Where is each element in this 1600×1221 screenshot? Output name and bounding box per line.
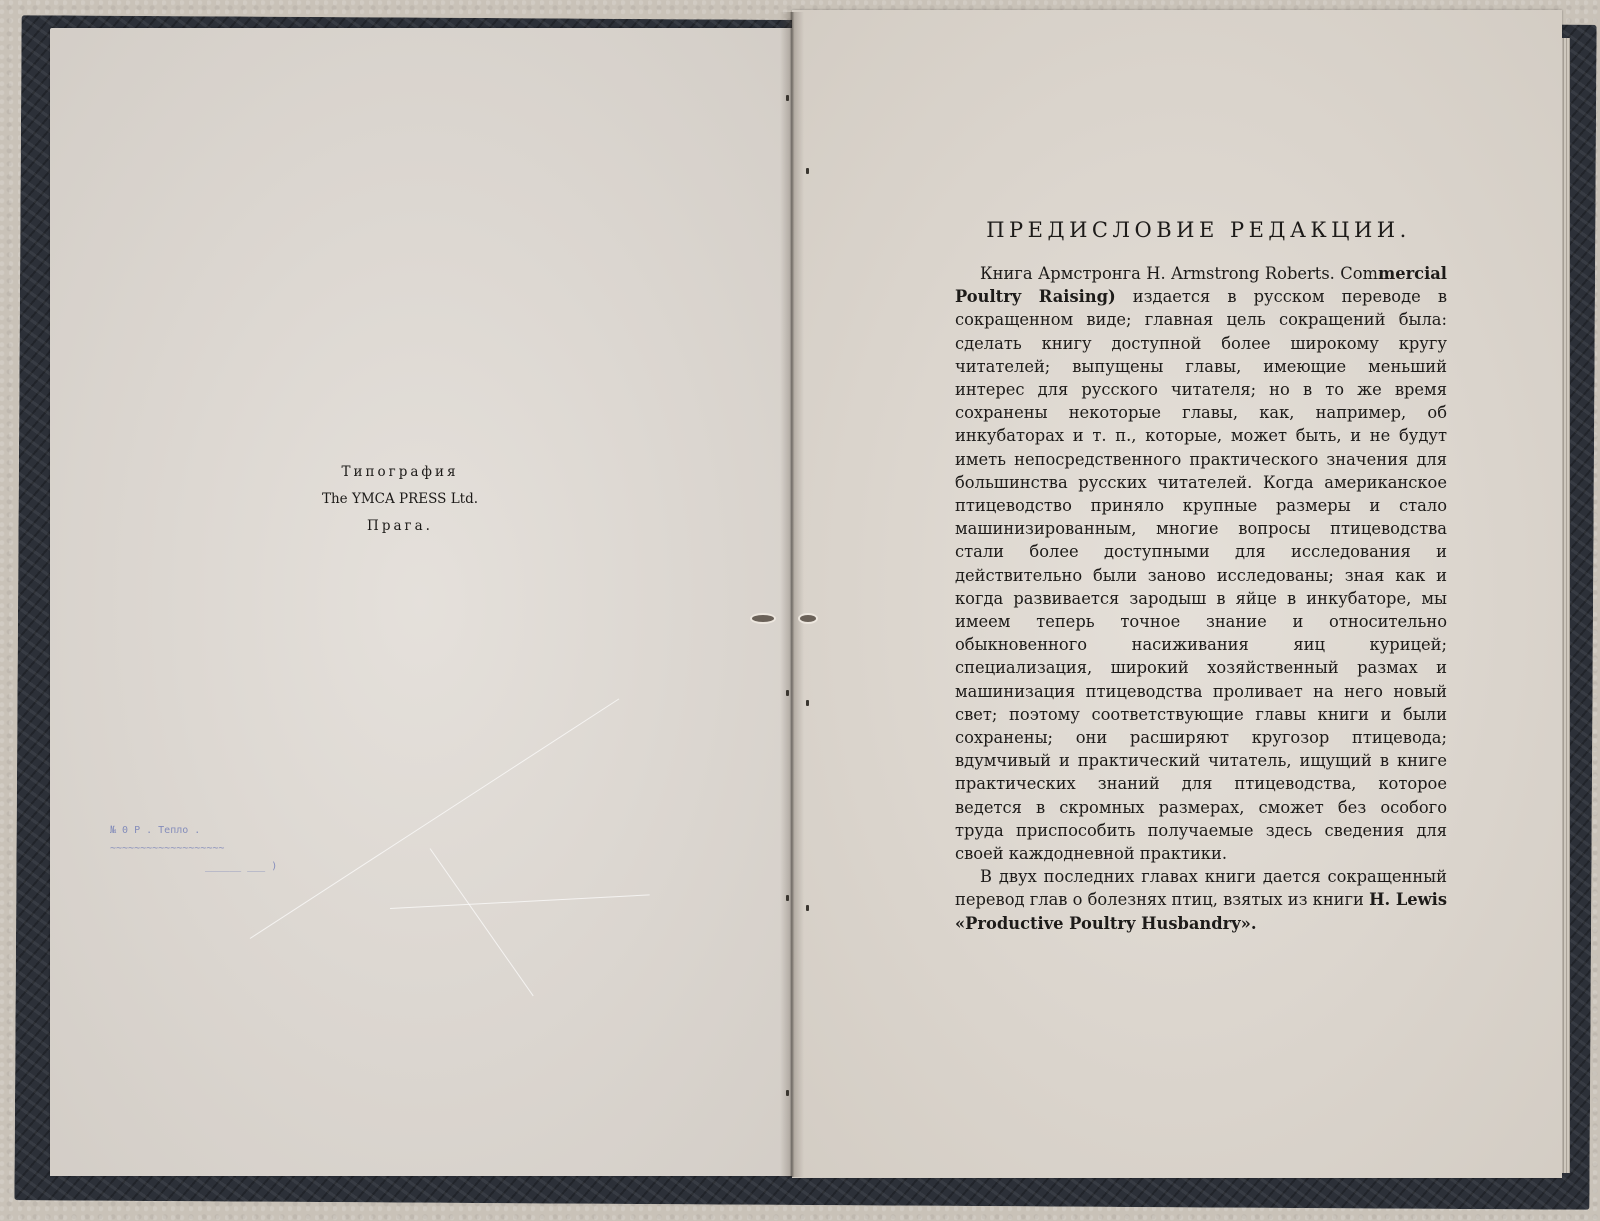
preface-paragraph-1: Книга Армстронга H. Armstrong Roberts. C… [955, 262, 1447, 865]
preface-body: Книга Армстронга H. Armstrong Roberts. C… [955, 262, 1447, 935]
book-spine-gutter [780, 12, 804, 1177]
binding-stitch [806, 168, 809, 174]
imprint-line-publisher: The YMCA PRESS Ltd. [300, 486, 500, 513]
paper-crease [250, 698, 620, 938]
binding-stitch [786, 690, 789, 696]
binding-stitch [786, 895, 789, 901]
binding-stitch [786, 1090, 789, 1096]
binding-stitch [806, 905, 809, 911]
left-page [50, 28, 792, 1176]
binding-stitch [806, 700, 809, 706]
page-title: ПРЕДИСЛОВИЕ РЕДАКЦИИ. [950, 218, 1447, 242]
editorial-preface: ПРЕДИСЛОВИЕ РЕДАКЦИИ. Книга Армстронга H… [955, 218, 1447, 935]
printer-imprint: Типография The YMCA PRESS Ltd. Прага. [300, 459, 500, 540]
ink-stamp: № 0 Р . Тепло . ~~~~~~~~~~~~~~~~~~~ ____… [110, 822, 277, 876]
imprint-line-city: Прага. [300, 513, 500, 540]
paper-crease [390, 894, 650, 909]
paper-crease [430, 848, 534, 996]
binding-tear [800, 615, 816, 622]
paragraph-lead: Книга Армстронга H. Armstrong Roberts. C… [980, 264, 1378, 283]
binding-tear [752, 615, 774, 622]
stamp-line: ______ ___ ) [110, 858, 277, 876]
imprint-line-printing-house: Типография [300, 459, 500, 486]
preface-paragraph-2: В двух последних главах книги дается сок… [955, 865, 1447, 935]
stamp-line: ~~~~~~~~~~~~~~~~~~~ [110, 840, 277, 858]
binding-stitch [786, 95, 789, 101]
stamp-line: № 0 Р . Тепло . [110, 822, 277, 840]
paragraph-text: издается в русском переводе в сокращенно… [955, 287, 1447, 863]
